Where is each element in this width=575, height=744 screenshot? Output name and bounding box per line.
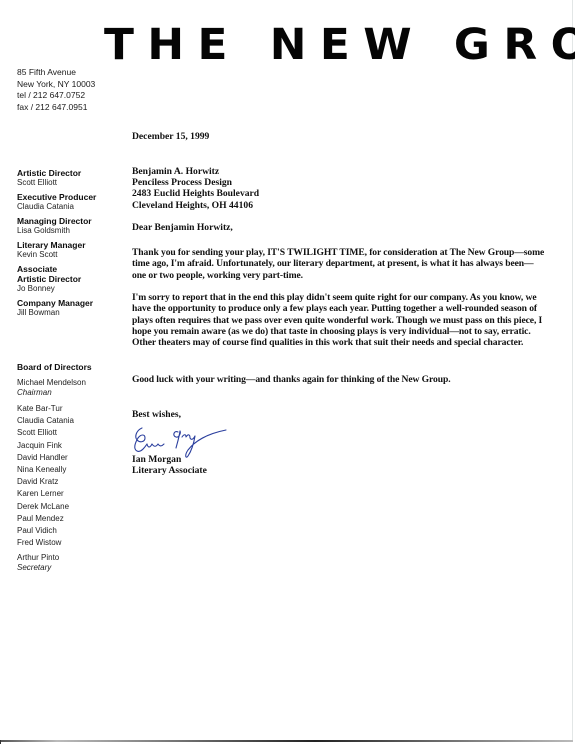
staff-name: Scott Elliott bbox=[17, 178, 127, 188]
paragraph: Thank you for sending your play, IT'S TW… bbox=[132, 247, 547, 281]
letter-page: THE NEW GROUP 85 Fifth Avenue New York, … bbox=[0, 0, 575, 744]
board-member: Karen Lerner bbox=[17, 488, 127, 500]
scan-edge-bottom bbox=[0, 740, 573, 742]
address-city: New York, NY 10003 bbox=[17, 79, 95, 91]
board-secretary-title: Secretary bbox=[17, 563, 127, 573]
board-member: Fred Wistow bbox=[17, 537, 127, 549]
staff-role: Literary Manager bbox=[17, 240, 127, 250]
board-chairman-title: Chairman bbox=[17, 388, 127, 398]
board-member: Paul Vidich bbox=[17, 525, 127, 537]
staff-role-line: Associate bbox=[17, 264, 127, 274]
recipient-address: Benjamin A. Horwitz Penciless Process De… bbox=[132, 166, 259, 211]
staff-role: Artistic Director bbox=[17, 168, 127, 178]
closing: Best wishes, bbox=[132, 409, 181, 420]
signer-title: Literary Associate bbox=[132, 465, 207, 476]
board-member: Jacquin Fink bbox=[17, 440, 127, 452]
board-member: Claudia Catania bbox=[17, 415, 127, 427]
staff-name: Jill Bowman bbox=[17, 308, 127, 318]
staff-list: Artistic Director Scott Elliott Executiv… bbox=[17, 168, 127, 322]
board-title: Board of Directors bbox=[17, 362, 127, 372]
organization-logo: THE NEW GROUP bbox=[104, 22, 575, 68]
board-chairman-name: Michael Mendelson bbox=[17, 378, 127, 388]
board-member: Nina Keneally bbox=[17, 464, 127, 476]
board-member: Scott Elliott bbox=[17, 427, 127, 439]
address-fax: fax / 212 647.0951 bbox=[17, 102, 95, 114]
staff-role: Executive Producer bbox=[17, 192, 127, 202]
scan-edge-right bbox=[572, 0, 573, 740]
board-member: David Kratz bbox=[17, 476, 127, 488]
recipient-city: Cleveland Heights, OH 44106 bbox=[132, 200, 259, 211]
scan-edge-corner bbox=[0, 740, 1, 744]
letter-date: December 15, 1999 bbox=[132, 131, 209, 142]
organization-address: 85 Fifth Avenue New York, NY 10003 tel /… bbox=[17, 67, 95, 113]
board-member: Kate Bar-Tur bbox=[17, 403, 127, 415]
staff-role: Company Manager bbox=[17, 298, 127, 308]
staff-name: Jo Bonney bbox=[17, 284, 127, 294]
board-member: Paul Mendez bbox=[17, 513, 127, 525]
address-street: 85 Fifth Avenue bbox=[17, 67, 95, 79]
salutation: Dear Benjamin Horwitz, bbox=[132, 222, 233, 233]
board-member: Derek McLane bbox=[17, 501, 127, 513]
recipient-street: 2483 Euclid Heights Boulevard bbox=[132, 188, 259, 199]
signer-block: Ian Morgan Literary Associate bbox=[132, 454, 207, 476]
recipient-name: Benjamin A. Horwitz bbox=[132, 166, 259, 177]
address-phone: tel / 212 647.0752 bbox=[17, 90, 95, 102]
signer-name: Ian Morgan bbox=[132, 454, 207, 465]
recipient-company: Penciless Process Design bbox=[132, 177, 259, 188]
board-member: David Handler bbox=[17, 452, 127, 464]
board-of-directors: Board of Directors Michael Mendelson Cha… bbox=[17, 362, 127, 573]
staff-name: Lisa Goldsmith bbox=[17, 226, 127, 236]
staff-name: Claudia Catania bbox=[17, 202, 127, 212]
paragraph: I'm sorry to report that in the end this… bbox=[132, 292, 547, 348]
staff-name: Kevin Scott bbox=[17, 250, 127, 260]
staff-role-line: Artistic Director bbox=[17, 274, 127, 284]
board-secretary-name: Arthur Pinto bbox=[17, 553, 127, 563]
staff-role: Managing Director bbox=[17, 216, 127, 226]
paragraph: Good luck with your writing—and thanks a… bbox=[132, 374, 547, 385]
